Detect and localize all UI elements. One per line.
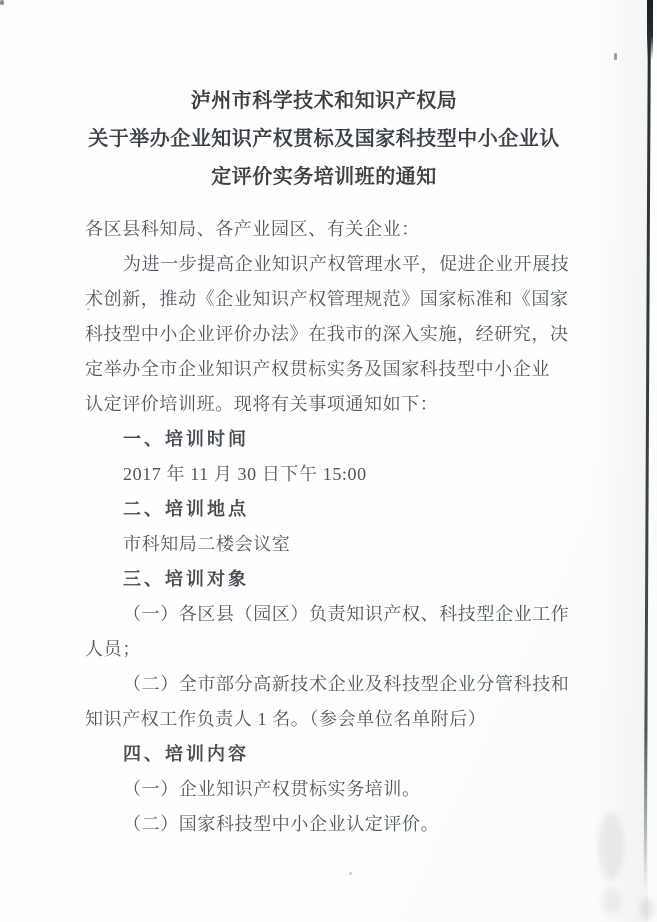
- section-heading-4: 四、培训内容: [85, 737, 563, 772]
- title-org-line: 泸州市科学技术和知识产权局: [85, 82, 563, 120]
- body-line-salutation: 各区县科知局、各产业园区、有关企业：: [85, 212, 563, 247]
- body-line: 为进一步提高企业知识产权管理水平，促进企业开展技: [85, 247, 563, 282]
- body-line: （一）企业知识产权贯标实务培训。: [85, 772, 563, 807]
- document-body: 各区县科知局、各产业园区、有关企业： 为进一步提高企业知识产权管理水平，促进企业…: [85, 212, 563, 842]
- body-line: 认定评价培训班。现将有关事项通知如下：: [85, 387, 563, 422]
- title-subject-line1: 关于举办企业知识产权贯标及国家科技型中小企业认: [85, 120, 563, 158]
- body-line: （二）国家科技型中小企业认定评价。: [85, 807, 563, 842]
- section-heading-3: 三、培训对象: [85, 562, 563, 597]
- scan-speck: [87, 308, 90, 311]
- training-place-line: 市科知局二楼会议室: [85, 527, 563, 562]
- document-content: 泸州市科学技术和知识产权局 关于举办企业知识产权贯标及国家科技型中小企业认 定评…: [85, 82, 563, 842]
- training-time-line: 2017 年 11 月 30 日下午 15:00: [85, 457, 563, 492]
- body-line: 定举办全市企业知识产权贯标实务及国家科技型中小企业: [85, 352, 563, 387]
- scan-speck: [0, 0, 4, 5]
- scan-smudge: [640, 898, 654, 920]
- scan-speck: [349, 872, 352, 875]
- scan-smudge: [598, 812, 624, 880]
- scanned-document-page: 泸州市科学技术和知识产权局 关于举办企业知识产权贯标及国家科技型中小企业认 定评…: [0, 0, 657, 922]
- scan-edge-line-cap: [647, 0, 653, 60]
- scan-shadow-wash: [593, 0, 648, 922]
- section-heading-1: 一、培训时间: [85, 422, 563, 457]
- document-title: 泸州市科学技术和知识产权局 关于举办企业知识产权贯标及国家科技型中小企业认 定评…: [85, 82, 563, 196]
- body-line: 知识产权工作负责人 1 名。（参会单位名单附后）: [85, 702, 563, 737]
- scan-speck: [614, 53, 617, 60]
- title-subject-line2: 定评价实务培训班的通知: [85, 158, 563, 196]
- body-line: 人员；: [85, 632, 563, 667]
- body-line: （一）各区县（园区）负责知识产权、科技型企业工作: [85, 597, 563, 632]
- section-heading-2: 二、培训地点: [85, 492, 563, 527]
- body-line: 科技型中小企业评价办法》在我市的深入实施，经研究，决: [85, 317, 563, 352]
- body-line: （二）全市部分高新技术企业及科技型企业分管科技和: [85, 667, 563, 702]
- body-line: 术创新，推动《企业知识产权管理规范》国家标准和《国家: [85, 282, 563, 317]
- scan-smudge: [602, 888, 622, 914]
